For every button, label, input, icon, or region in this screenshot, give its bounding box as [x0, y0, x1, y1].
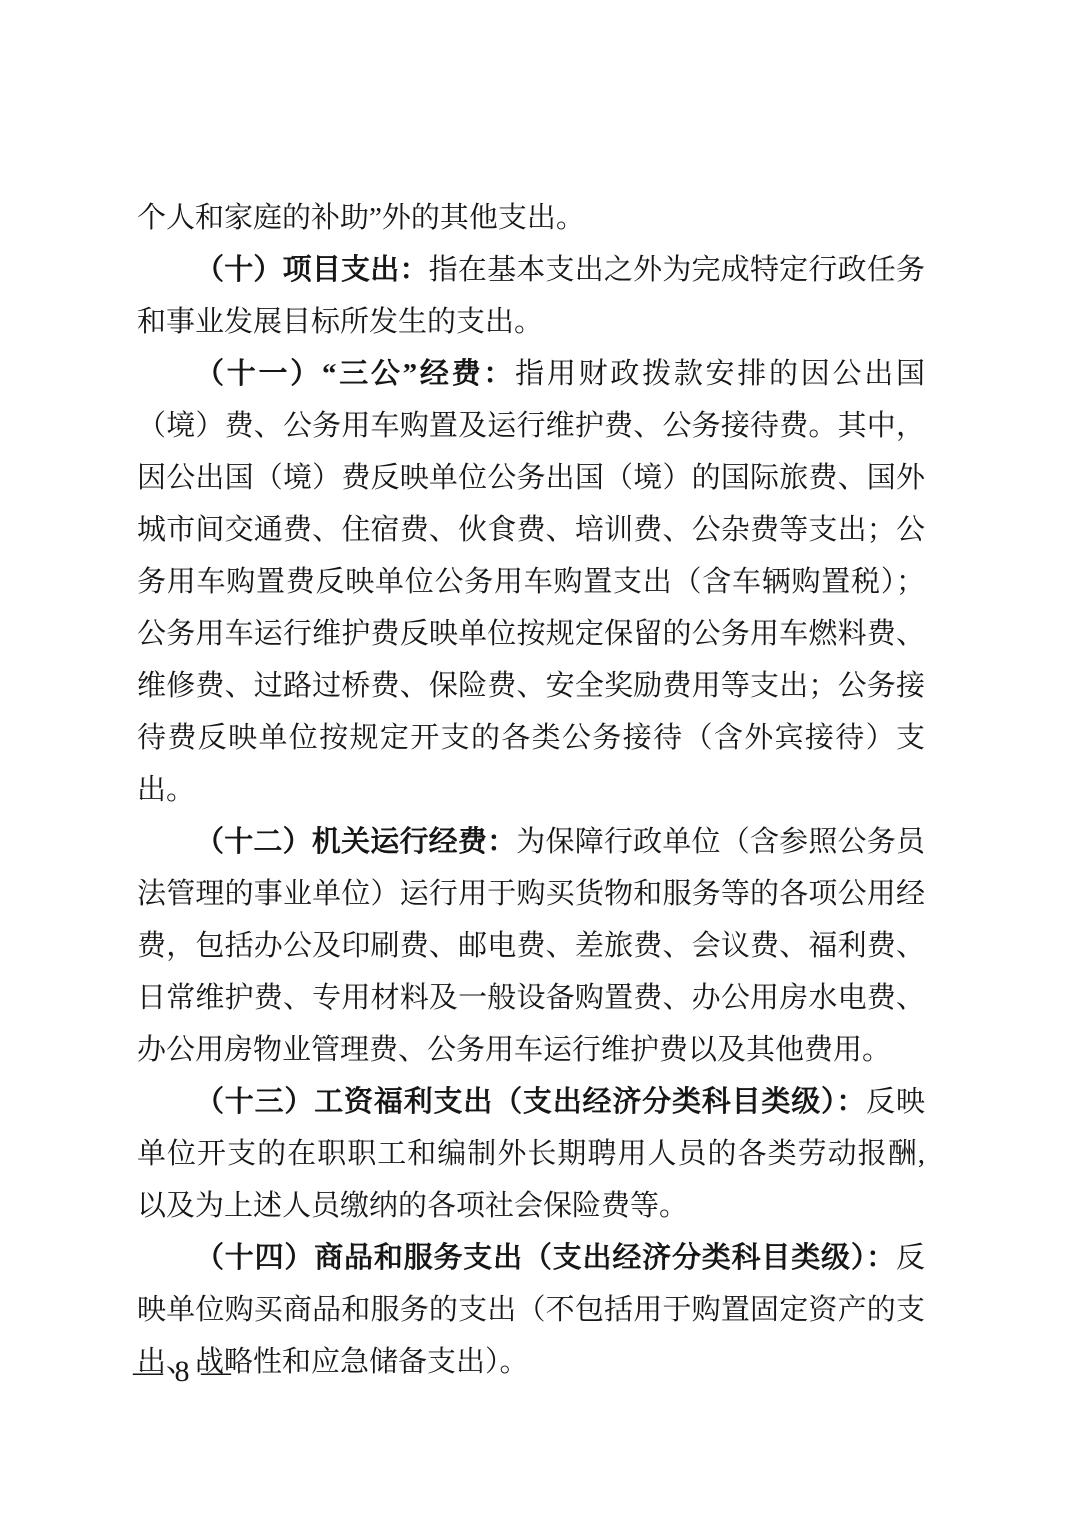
- term-label: （十二）机关运行经费：: [195, 826, 516, 858]
- paragraph-item-14: （十四）商品和服务支出（支出经济分类科目类级）：反映单位购买商品和服务的支出（不…: [137, 1232, 925, 1388]
- paragraph-item-13: （十三）工资福利支出（支出经济分类科目类级）：反映单位开支的在职职工和编制外长期…: [137, 1076, 925, 1232]
- paragraph-item-11: （十一）“三公”经费：指用财政拨款安排的因公出国（境）费、公务用车购置及运行维护…: [137, 348, 925, 816]
- term-label: （十四）商品和服务支出（支出经济分类科目类级）：: [195, 1242, 896, 1274]
- paragraph-text: 指用财政拨款安排的因公出国（境）费、公务用车购置及运行维护费、公务接待费。其中，…: [137, 358, 925, 806]
- paragraph-item-12: （十二）机关运行经费：为保障行政单位（含参照公务员法管理的事业单位）运行用于购买…: [137, 816, 925, 1076]
- document-page: 个人和家庭的补助”外的其他支出。 （十）项目支出：指在基本支出之外为完成特定行政…: [0, 0, 1074, 1520]
- document-body: 个人和家庭的补助”外的其他支出。 （十）项目支出：指在基本支出之外为完成特定行政…: [137, 192, 925, 1388]
- term-label: （十三）工资福利支出（支出经济分类科目类级）：: [195, 1086, 866, 1118]
- term-label: （十一）“三公”经费：: [195, 358, 515, 390]
- paragraph-text: 个人和家庭的补助”外的其他支出。: [137, 202, 585, 234]
- term-label: （十）项目支出：: [195, 254, 429, 286]
- paragraph-item-10: （十）项目支出：指在基本支出之外为完成特定行政任务和事业发展目标所发生的支出。: [137, 244, 925, 348]
- page-number: — 8 —: [133, 1350, 233, 1394]
- paragraph-text: 为保障行政单位（含参照公务员法管理的事业单位）运行用于购买货物和服务等的各项公用…: [137, 826, 925, 1066]
- paragraph-continuation: 个人和家庭的补助”外的其他支出。: [137, 192, 925, 244]
